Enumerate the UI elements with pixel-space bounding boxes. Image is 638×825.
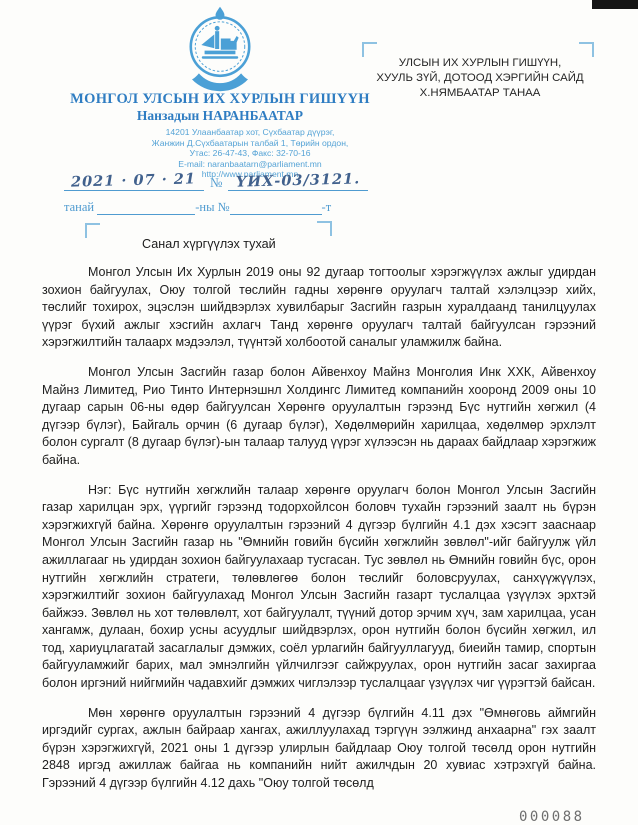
incoming-reference-row: танай -ны №-т [64, 200, 331, 215]
subject-line: Санал хүргүүлэх тухай [142, 237, 276, 251]
paragraph: Нэг: Бүс нутгийн хөгжлийн талаар хөрөнгө… [42, 482, 596, 693]
incoming-suffix: -т [322, 200, 332, 214]
crop-mark-top-left [362, 42, 377, 57]
address-line: Утас: 26-47-43, Факс: 32-70-16 [70, 148, 430, 159]
address-line: E-mail: naranbaatarn@parliament.mn [70, 159, 430, 170]
handwritten-ref-number: ҮИХ-03/3121. [236, 170, 361, 190]
scan-artifact [592, 0, 638, 9]
incoming-number-sign: № [218, 200, 230, 214]
number-sign: № [210, 175, 222, 190]
paragraph: Монгол Улсын Их Хурлын 2019 оны 92 дугаа… [42, 264, 596, 352]
incoming-blank-line [97, 201, 195, 215]
letter-body: Монгол Улсын Их Хурлын 2019 оны 92 дугаа… [42, 264, 596, 805]
state-emblem-icon [179, 6, 261, 92]
address-line: Жанжин Д.Сүхбаатарын талбай 1, Төрийн ор… [70, 138, 430, 149]
recipient-line: ХУУЛЬ ЗҮЙ, ДОТООД ХЭРГИЙН САЙД [366, 71, 594, 86]
letter-page: МОНГОЛ УЛСЫН ИХ ХУРЛЫН ГИШҮҮН Нанзадын Н… [0, 0, 638, 825]
paragraph: Мөн хөрөнгө оруулалтын гэрээний 4 дүгээр… [42, 705, 596, 793]
recipient-block: УЛСЫН ИХ ХУРЛЫН ГИШҮҮН, ХУУЛЬ ЗҮЙ, ДОТОО… [366, 56, 594, 101]
incoming-middle: -ны [195, 200, 214, 214]
crop-mark-top-right [579, 42, 594, 57]
ref-number-field: ҮИХ-03/3121. [228, 172, 368, 191]
paragraph: Монгол Улсын Засгийн газар болон Айвенхо… [42, 364, 596, 470]
crop-mark-subject-left [85, 223, 100, 238]
address-line: 14201 Улаанбаатар хот, Сүхбаатар дүүрэг, [70, 127, 430, 138]
incoming-prefix: танай [64, 200, 94, 214]
crop-mark-subject-right [317, 221, 332, 236]
org-title: МОНГОЛ УЛСЫН ИХ ХУРЛЫН ГИШҮҮН [30, 91, 410, 108]
incoming-number-blank [230, 201, 322, 215]
handwritten-date: 2021 · 07 · 21 [71, 170, 196, 190]
recipient-line: УЛСЫН ИХ ХУРЛЫН ГИШҮҮН, [366, 56, 594, 71]
recipient-line: Х.НЯМБААТАР ТАНАА [366, 86, 594, 101]
member-name: Нанзадын НАРАНБААТАР [30, 108, 410, 124]
date-field: 2021 · 07 · 21 [64, 172, 204, 191]
reference-row: 2021 · 07 · 21№ҮИХ-03/3121. [64, 172, 394, 191]
page-number-stamp: 000088 [519, 809, 585, 825]
